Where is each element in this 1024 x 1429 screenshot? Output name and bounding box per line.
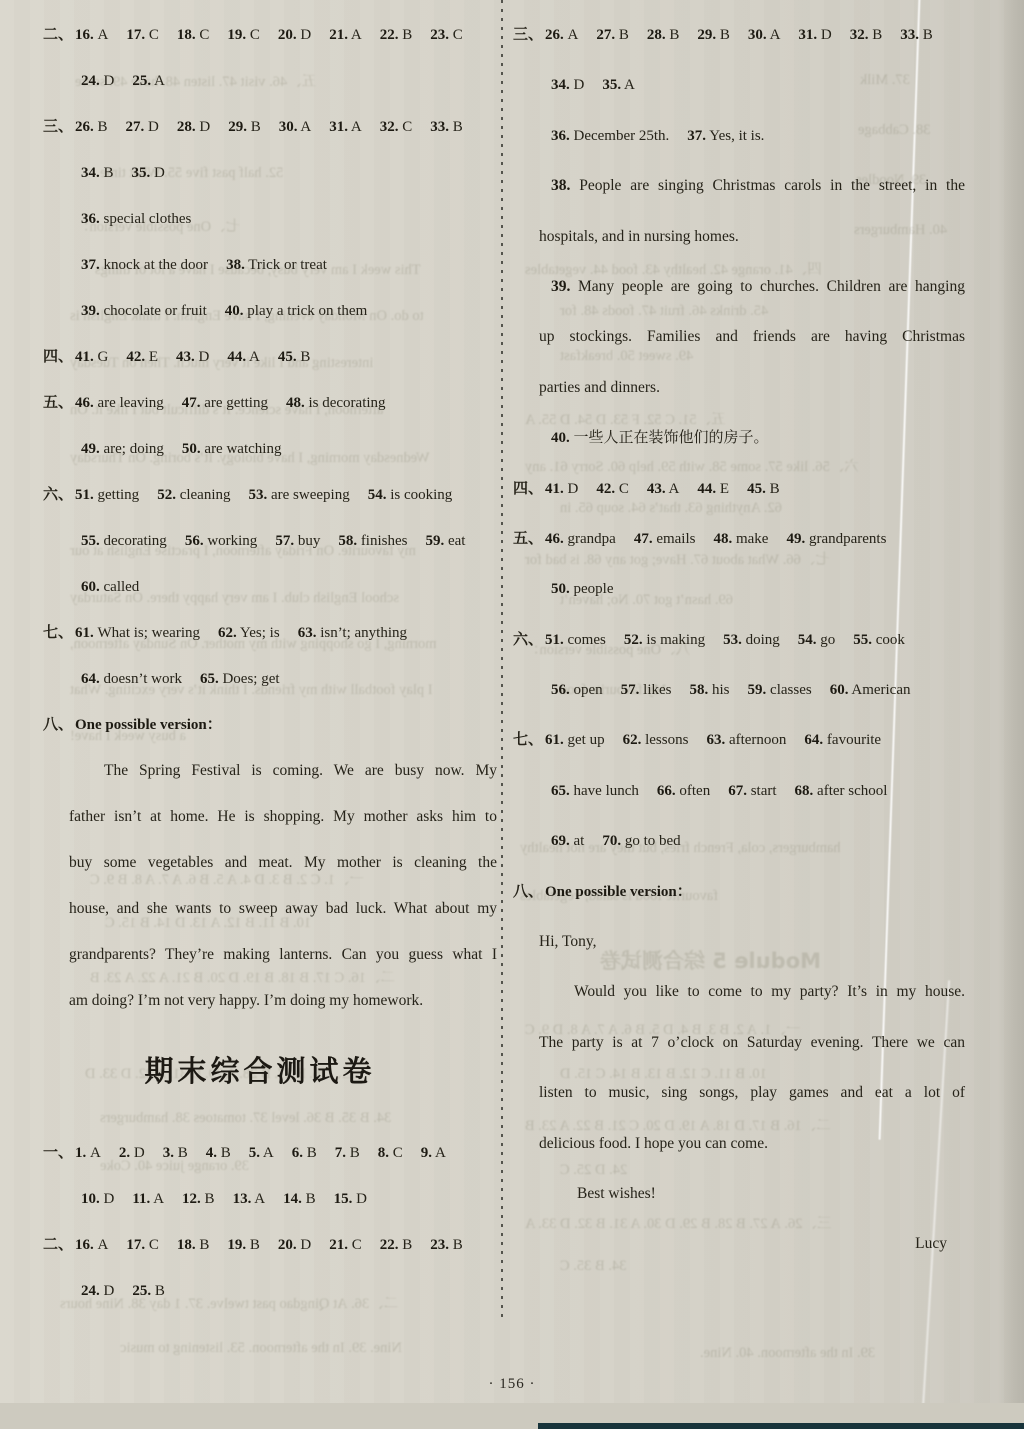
answer-item: 40. 一些人正在装饰他们的房子。 [551,430,769,446]
answer-item: 49. are; doing [81,441,164,457]
answer-item: 30. A [279,119,312,135]
essay-line: Would you like to come to my party? It’s… [513,967,965,1017]
answer-item: 47. are getting [182,395,268,411]
section-marker: 六、 [43,487,73,503]
answer-item: 29. B [228,119,261,135]
answer-item: 24. D [81,73,114,89]
section-marker: 三、 [513,27,543,43]
answer-item: 23. B [430,1237,463,1253]
answer-item: 48. make [713,531,768,547]
answer-item: 55. cook [853,632,905,648]
answer-item: 8. C [378,1145,403,1161]
answer-item: 17. C [126,27,159,43]
answer-item: 66. often [657,783,710,799]
answer-item: 57. buy [275,533,320,549]
answer-item: 22. B [380,1237,413,1253]
answer-line: 10. D11. A12. B13. A14. B15. D [43,1176,497,1222]
answer-item: 46. are leaving [75,395,164,411]
answer-item: 1. A [75,1145,101,1161]
answer-line: 50. people [513,564,965,614]
answer-item: 12. B [182,1191,215,1207]
answer-item: 34. D [551,77,584,93]
answer-item: 37. Yes, it is. [687,128,764,144]
section-marker: 八、 [513,884,543,900]
essay-line: father isn’t at home. He is shopping. My… [43,794,497,840]
answer-item: 45. B [747,481,780,497]
answer-item: 11. A [132,1191,164,1207]
section-marker: 一、 [43,1145,73,1161]
essay-line: buy some vegetables and meat. My mother … [43,840,497,886]
answer-item: 9. A [421,1145,446,1161]
answer-item: 17. C [126,1237,159,1253]
answer-item: 36. special clothes [81,211,191,227]
answer-item: 18. B [177,1237,210,1253]
answer-item: 33. B [900,27,933,43]
answer-item: 2. D [119,1145,145,1161]
answer-item: 41. D [545,481,578,497]
essay-line: The Spring Festival is coming. We are bu… [43,748,497,794]
right-edge-shadow [998,0,1024,1429]
answer-item: 45. B [278,349,311,365]
answer-item: 59. eat [425,533,465,549]
answer-item: 57. likes [621,682,672,698]
answer-item: 65. have lunch [551,783,639,799]
essay-line: Best wishes! [513,1169,965,1219]
answer-item: 28. D [177,119,210,135]
answer-item: 53. doing [723,632,780,648]
section-marker: 二、 [43,27,73,43]
essay-line: up stockings. Families and friends are h… [513,312,965,362]
answer-line: 60. called [43,564,497,610]
answer-item: 32. C [380,119,413,135]
answer-line: 39. chocolate or fruit40. play a trick o… [43,288,497,334]
answer-item: 63. isn’t; anything [298,625,407,641]
final-exam-heading: 期末综合测试卷 [43,1048,477,1094]
answer-item: 29. B [697,27,730,43]
answer-item: 34. B [81,165,114,181]
answer-item: 59. classes [748,682,812,698]
answer-item: 63. afternoon [706,732,786,748]
answer-item: 54. is cooking [368,487,453,503]
section-marker: 七、 [43,625,73,641]
answer-line: 40. 一些人正在装饰他们的房子。 [513,413,965,463]
answer-item: 51. comes [545,632,606,648]
answer-item: 19. C [227,27,260,43]
answer-item: 60. American [830,682,911,698]
essay-line: Hi, Tony, [513,917,965,967]
answer-item: 68. after school [795,783,888,799]
answer-line: 36. December 25th.37. Yes, it is. [513,111,965,161]
answer-item: 40. play a trick on them [225,303,367,319]
answer-item: 52. is making [624,632,705,648]
answer-line: 二、16. A17. C18. C19. C20. D21. A22. B23.… [43,12,497,58]
answer-line: 四、41. D42. C43. A44. E45. B [513,464,965,514]
essay-line: grandparents? They’re making lanterns. C… [43,932,497,978]
answer-item: 6. B [292,1145,317,1161]
column-divider [501,0,503,1318]
answer-item: 26. B [75,119,108,135]
binding-line [538,1423,1024,1429]
answer-item: 38. People are singing Christmas carols … [551,177,965,194]
answer-line: 七、61. What is; wearing62. Yes; is63. isn… [43,610,497,656]
section-marker: 四、 [513,481,543,497]
answer-item: 23. C [430,27,463,43]
answer-item: 10. D [81,1191,114,1207]
answer-line: 四、41. G42. E43. D44. A45. B [43,334,497,380]
answer-item: 21. A [329,27,362,43]
answer-item: 47. emails [634,531,696,547]
answer-line: 37. knock at the door38. Trick or treat [43,242,497,288]
section-marker: 七、 [513,732,543,748]
answer-item: 41. G [75,349,108,365]
answer-item: 37. knock at the door [81,257,208,273]
answer-item: 13. A [233,1191,266,1207]
answer-item: 35. D [132,165,165,181]
answer-line: 六、51. getting52. cleaning53. are sweepin… [43,472,497,518]
answer-item: 7. B [335,1145,360,1161]
answer-item: 28. B [647,27,680,43]
section-marker: 二、 [43,1237,73,1253]
answer-item: 27. D [126,119,159,135]
answer-line: 69. at70. go to bed [513,816,965,866]
answer-line: 三、26. A27. B28. B29. B30. A31. D32. B33.… [513,10,965,60]
answer-line: 49. are; doing50. are watching [43,426,497,472]
answer-item: 24. D [81,1283,114,1299]
answer-item: 43. A [647,481,680,497]
answer-item: 38. Trick or treat [226,257,327,273]
answer-item: 48. is decorating [286,395,386,411]
answer-line: 34. D35. A [513,60,965,110]
answer-item: 49. grandparents [786,531,886,547]
answer-item: 15. D [334,1191,367,1207]
answer-item: 70. go to bed [602,833,680,849]
answer-item: 32. B [850,27,883,43]
answer-item: 30. A [748,27,781,43]
answer-item: 43. D [176,349,209,365]
answer-item: 36. December 25th. [551,128,669,144]
section-marker: 三、 [43,119,73,135]
answer-item: 44. A [227,349,260,365]
answer-item: 22. B [380,27,413,43]
answer-line: 三、26. B27. D28. D29. B30. A31. A32. C33.… [43,104,497,150]
answer-item: 18. C [177,27,210,43]
left-answer-column: 二、16. A17. C18. C19. C20. D21. A22. B23.… [43,12,497,1314]
answer-item: 61. What is; wearing [75,625,200,641]
essay-line: house, and she wants to sweep away bad l… [43,886,497,932]
answer-item: 61. get up [545,732,605,748]
answer-item: 64. favourite [804,732,881,748]
section-marker: 八、 [43,717,73,733]
answer-line: 一、1. A2. D3. B4. B5. A6. B7. B8. C9. A [43,1130,497,1176]
answer-line: 55. decorating56. working57. buy58. fini… [43,518,497,564]
answer-item: 65. Does; get [200,671,280,687]
answer-item: 42. E [126,349,158,365]
answer-item: 53. are sweeping [249,487,350,503]
answer-item: 19. B [227,1237,260,1253]
answer-item: 67. start [728,783,776,799]
ghost-text-fragment: Nine. 39. In the afternoon. 53. listenin… [120,1340,402,1357]
answer-line: 七、61. get up62. lessons63. afternoon64. … [513,715,965,765]
answer-item: 31. A [329,119,362,135]
answer-item: 31. D [798,27,831,43]
answer-item: 35. A [602,77,635,93]
answer-item: 21. C [329,1237,362,1253]
answer-line: 五、46. are leaving47. are getting48. is d… [43,380,497,426]
answer-line: 34. B35. D [43,150,497,196]
answer-item: 44. E [697,481,729,497]
section-marker: 六、 [513,632,543,648]
section-marker: 五、 [513,531,543,547]
answer-item: 51. getting [75,487,139,503]
answer-line: 二、16. A17. C18. B19. B20. D21. C22. B23.… [43,1222,497,1268]
section-marker: 五、 [43,395,73,411]
answer-line: 24. D25. B [43,1268,497,1314]
answer-item: 39. chocolate or fruit [81,303,207,319]
answer-item: 33. B [430,119,463,135]
answer-item: 5. A [249,1145,274,1161]
answer-item: 62. lessons [623,732,689,748]
ghost-text-fragment: 39. In the afternoon. 40. Nine. [700,1345,875,1362]
answer-line: 65. have lunch66. often67. start68. afte… [513,766,965,816]
answer-item: 39. Many people are going to churches. C… [551,278,965,295]
essay-line: delicious food. I hope you can come. [513,1119,965,1169]
essay-line: Lucy [513,1219,965,1269]
answer-item: 54. go [798,632,836,648]
essay-line: The party is at 7 o’clock on Saturday ev… [513,1018,965,1068]
answer-line: 36. special clothes [43,196,497,242]
essay-line: am doing? I’m not very happy. I’m doing … [43,978,497,1024]
answer-line: 38. People are singing Christmas carols … [513,161,965,211]
answer-line: 64. doesn’t work65. Does; get [43,656,497,702]
answer-item: 16. A [75,27,108,43]
answer-item: 69. at [551,833,584,849]
answer-item: 42. C [596,481,629,497]
answer-line: 八、One possible version： [43,702,497,748]
answer-item: 46. grandpa [545,531,616,547]
answer-item: 25. B [132,1283,165,1299]
answer-item: 20. D [278,1237,311,1253]
scanned-answer-page: 五、46. visit 47. listen 48. have 49. scor… [0,0,1024,1429]
answer-item: 62. Yes; is [218,625,280,641]
answer-item: 56. working [185,533,258,549]
answer-item: 52. cleaning [157,487,230,503]
answer-item: 25. A [132,73,165,89]
answer-line: 56. open57. likes58. his59. classes60. A… [513,665,965,715]
section-marker: 四、 [43,349,73,365]
essay-line: hospitals, and in nursing homes. [513,212,965,262]
answer-line: 八、One possible version： [513,867,965,917]
answer-item: 50. people [551,581,613,597]
answer-line: 六、51. comes52. is making53. doing54. go5… [513,615,965,665]
answer-item: 58. his [690,682,730,698]
answer-item: 4. B [206,1145,231,1161]
answer-item: 20. D [278,27,311,43]
answer-item: 64. doesn’t work [81,671,182,687]
answer-line: 五、46. grandpa47. emails48. make49. grand… [513,514,965,564]
answer-item: 50. are watching [182,441,282,457]
answer-item: 55. decorating [81,533,167,549]
answer-item: 60. called [81,579,139,595]
answer-line: 24. D25. A [43,58,497,104]
answer-item: 3. B [163,1145,188,1161]
answer-item: 56. open [551,682,603,698]
essay-line: parties and dinners. [513,363,965,413]
essay-line: listen to music, sing songs, play games … [513,1068,965,1118]
page-number: · 156 · [0,1376,1024,1393]
answer-item: 27. B [596,27,629,43]
right-answer-column: 三、26. A27. B28. B29. B30. A31. D32. B33.… [513,10,965,1270]
answer-item: 26. A [545,27,578,43]
answer-line: 39. Many people are going to churches. C… [513,262,965,312]
answer-item: 16. A [75,1237,108,1253]
answer-item: 14. B [283,1191,316,1207]
answer-item: 58. finishes [338,533,407,549]
